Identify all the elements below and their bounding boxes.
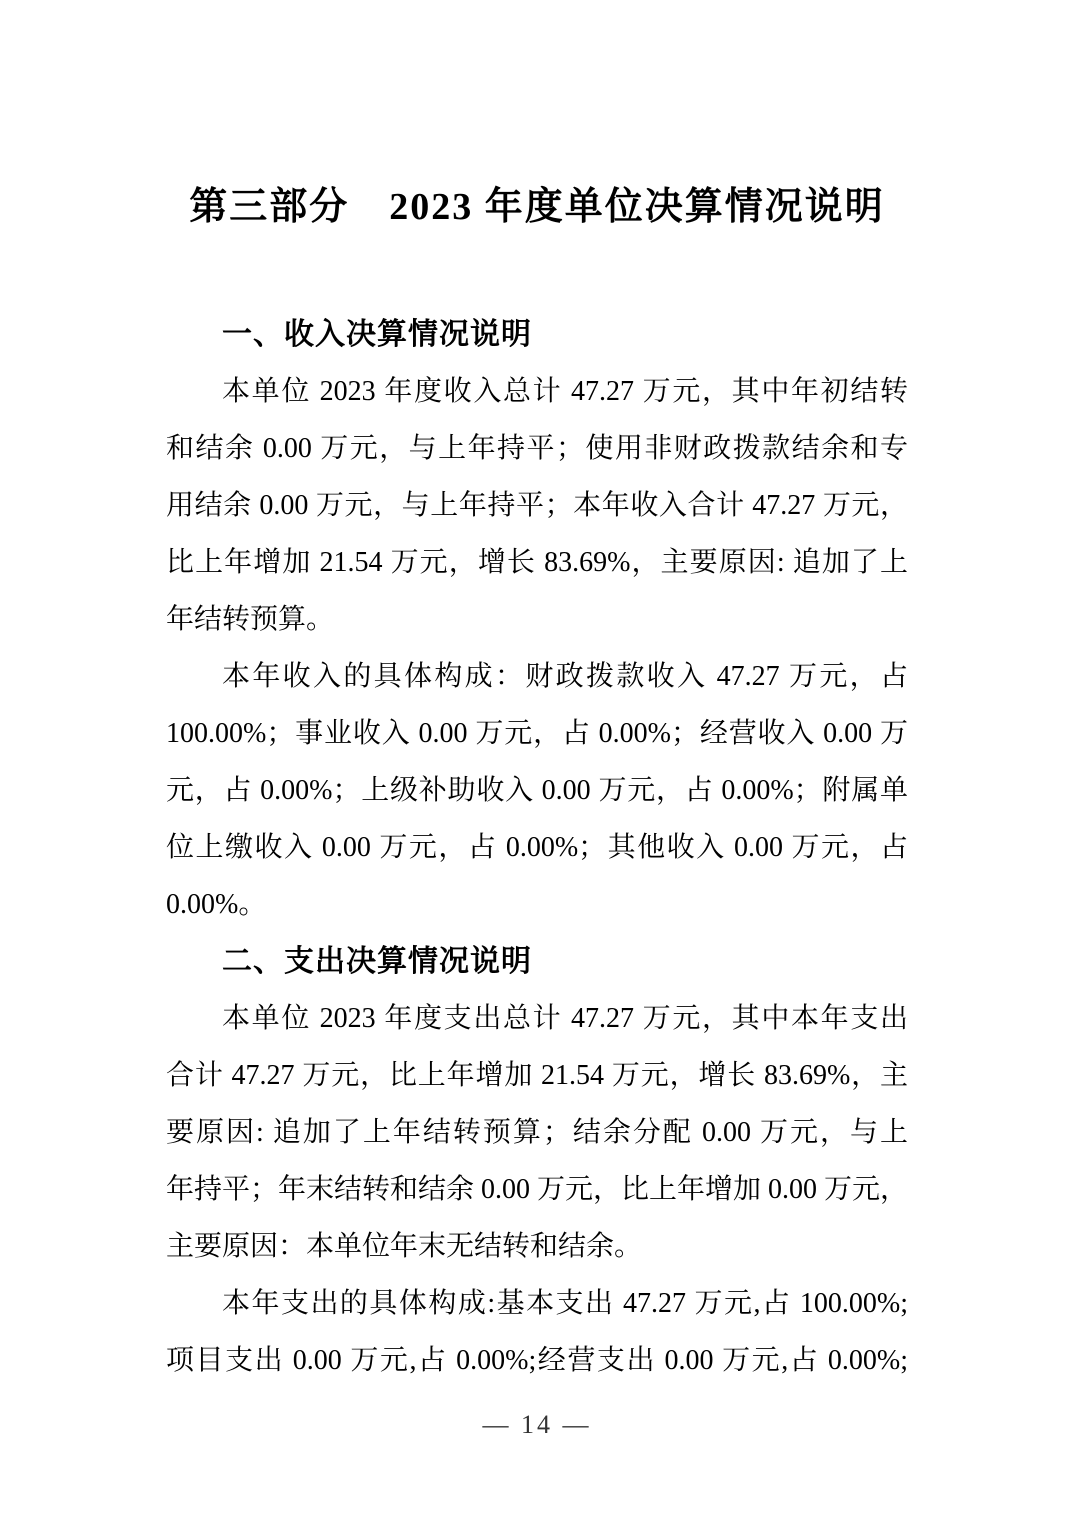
text-line: 比上年增加 21.54 万元，增长 83.69%，主要原因: 追加了上 — [166, 534, 908, 591]
text-line: 要原因: 追加了上年结转预算；结余分配 0.00 万元，与上 — [166, 1104, 908, 1161]
text-line: 0.00%。 — [166, 876, 908, 933]
text-line: 本年收入的具体构成：财政拨款收入 47.27 万元，占 — [166, 648, 908, 705]
text-line: 100.00%；事业收入 0.00 万元，占 0.00%；经营收入 0.00 万 — [166, 705, 908, 762]
text-line: 年持平；年末结转和结余 0.00 万元，比上年增加 0.00 万元， — [166, 1161, 908, 1218]
text-line: 本单位 2023 年度支出总计 47.27 万元，其中本年支出 — [166, 990, 908, 1047]
text-line: 本单位 2023 年度收入总计 47.27 万元，其中年初结转 — [166, 363, 908, 420]
section-heading-income: 一、收入决算情况说明 — [166, 306, 908, 363]
document-page: 第三部分 2023 年度单位决算情况说明 一、收入决算情况说明 本单位 2023… — [0, 0, 1074, 1520]
text-line: 本年支出的具体构成:基本支出 47.27 万元,占 100.00%; — [166, 1275, 908, 1332]
text-line: 和结余 0.00 万元，与上年持平；使用非财政拨款结余和专 — [166, 420, 908, 477]
text-line: 年结转预算。 — [166, 591, 908, 648]
text-line: 元，占 0.00%；上级补助收入 0.00 万元，占 0.00%；附属单 — [166, 762, 908, 819]
text-line: 合计 47.27 万元，比上年增加 21.54 万元，增长 83.69%，主 — [166, 1047, 908, 1104]
section-heading-expenditure: 二、支出决算情况说明 — [166, 933, 908, 990]
document-body: 一、收入决算情况说明 本单位 2023 年度收入总计 47.27 万元，其中年初… — [166, 306, 908, 1389]
page-number: — 14 — — [0, 1410, 1074, 1440]
text-line: 用结余 0.00 万元，与上年持平；本年收入合计 47.27 万元， — [166, 477, 908, 534]
document-title: 第三部分 2023 年度单位决算情况说明 — [0, 0, 1074, 232]
text-line: 项目支出 0.00 万元,占 0.00%;经营支出 0.00 万元,占 0.00… — [166, 1332, 908, 1389]
text-line: 主要原因：本单位年末无结转和结余。 — [166, 1218, 908, 1275]
text-line: 位上缴收入 0.00 万元，占 0.00%；其他收入 0.00 万元，占 — [166, 819, 908, 876]
